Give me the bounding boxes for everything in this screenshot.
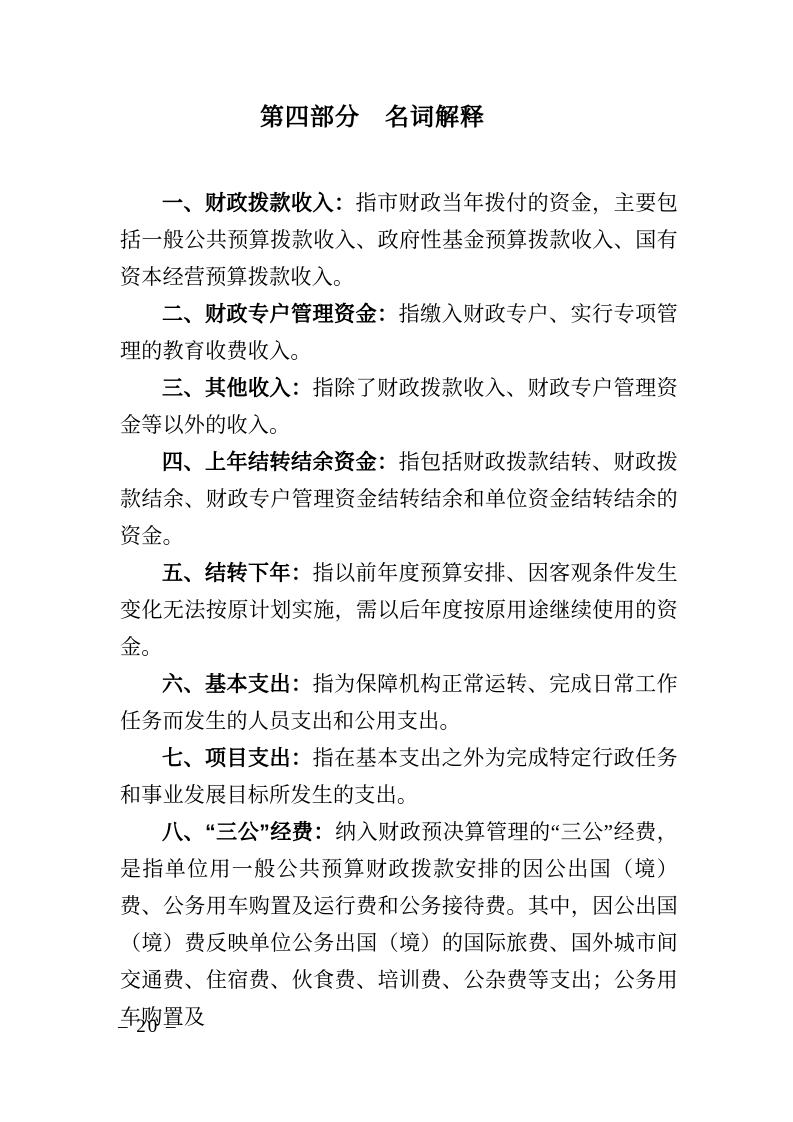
term-label: 七、项目支出： bbox=[162, 747, 313, 770]
glossary-content: 一、财政拨款收入：指市财政当年拨付的资金，主要包括一般公共预算拨款收入、政府性基… bbox=[120, 185, 678, 1036]
term-label: 二、财政专户管理资金： bbox=[162, 303, 399, 326]
glossary-item: 四、上年结转结余资金：指包括财政拨款结转、财政拨款结余、财政专户管理资金结转结余… bbox=[120, 444, 678, 555]
glossary-item: 二、财政专户管理资金：指缴入财政专户、实行专项管理的教育收费收入。 bbox=[120, 296, 678, 370]
term-label: 八、“三公”经费： bbox=[162, 821, 335, 844]
glossary-item: 七、项目支出：指在基本支出之外为完成特定行政任务和事业发展目标所发生的支出。 bbox=[120, 740, 678, 814]
glossary-item: 八、“三公”经费：纳入财政预决算管理的“三公”经费，是指单位用一般公共预算财政拨… bbox=[120, 814, 678, 1036]
page-number: – 20 – bbox=[118, 1016, 178, 1038]
glossary-item: 三、其他收入：指除了财政拨款收入、财政专户管理资金等以外的收入。 bbox=[120, 370, 678, 444]
term-label: 一、财政拨款收入： bbox=[162, 192, 356, 215]
glossary-item: 五、结转下年：指以前年度预算安排、因客观条件发生变化无法按原计划实施，需以后年度… bbox=[120, 555, 678, 666]
document-page: 第四部分 名词解释 一、财政拨款收入：指市财政当年拨付的资金，主要包括一般公共预… bbox=[0, 0, 793, 1122]
term-label: 五、结转下年： bbox=[162, 562, 313, 585]
glossary-item: 六、基本支出：指为保障机构正常运转、完成日常工作任务而发生的人员支出和公用支出。 bbox=[120, 666, 678, 740]
term-definition: 纳入财政预决算管理的“三公”经费，是指单位用一般公共预算财政拨款安排的因公出国（… bbox=[120, 820, 678, 1029]
term-label: 六、基本支出： bbox=[162, 673, 313, 696]
glossary-item: 一、财政拨款收入：指市财政当年拨付的资金，主要包括一般公共预算拨款收入、政府性基… bbox=[120, 185, 678, 296]
page-title: 第四部分 名词解释 bbox=[0, 101, 793, 135]
term-label: 四、上年结转结余资金： bbox=[162, 451, 399, 474]
term-label: 三、其他收入： bbox=[162, 377, 313, 400]
